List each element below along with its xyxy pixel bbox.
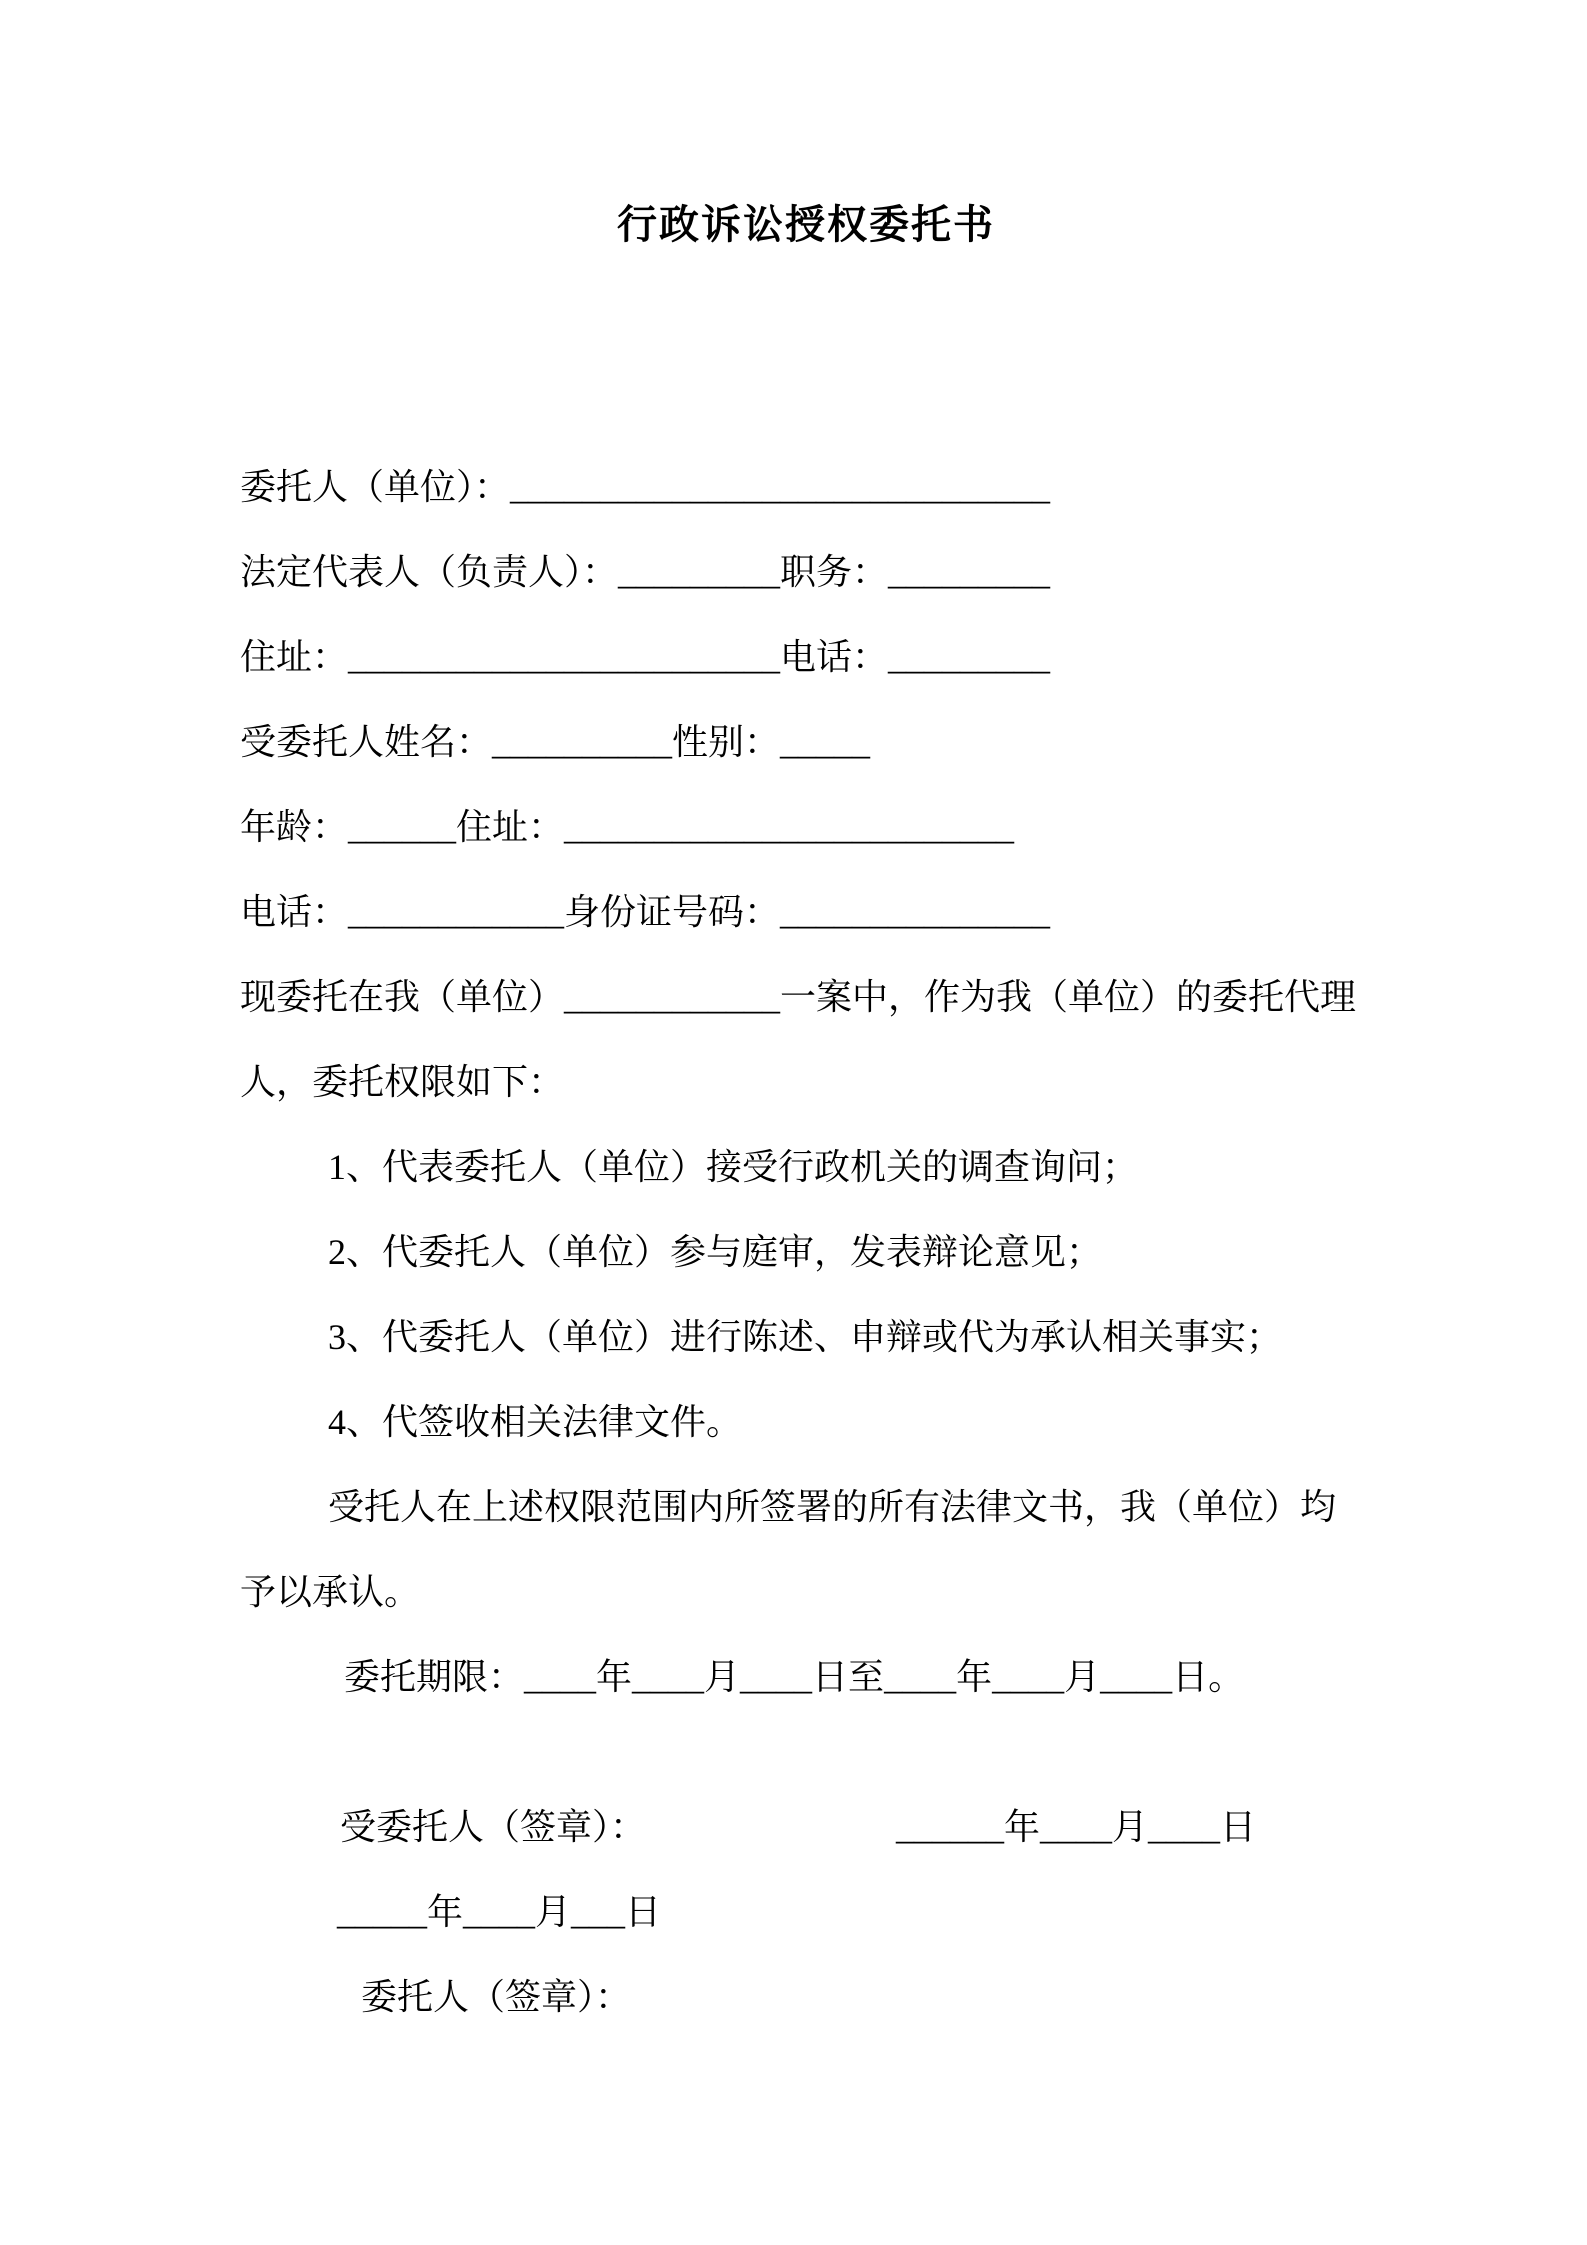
text-segment: 电话： — [240, 892, 348, 932]
text-segment: 受委托人姓名： — [240, 722, 492, 762]
blank-field: ____ — [992, 1657, 1064, 1697]
text-segment: 性别： — [672, 722, 780, 762]
line-spacer — [240, 1720, 1372, 1785]
text-segment: 年 — [427, 1892, 463, 1932]
text-segment: 受委托人（签章）： — [340, 1807, 646, 1847]
blank-field: ___ — [571, 1892, 625, 1932]
line-agent-signature: 受委托人（签章）：______年____月____日 — [240, 1785, 1372, 1870]
blank-field: ______________________________ — [510, 467, 1050, 507]
text-segment: 日。 — [1172, 1657, 1244, 1697]
line-principal: 委托人（单位）：______________________________ — [240, 445, 1372, 530]
blank-field: ____ — [740, 1657, 812, 1697]
text-segment: 委托人（签章）： — [361, 1977, 631, 2017]
text-segment: 日 — [1220, 1807, 1256, 1847]
blank-field: _______________ — [780, 892, 1050, 932]
blank-field: ____ — [524, 1657, 596, 1697]
line-power-1: 1、代表委托人（单位）接受行政机关的调查询问； — [240, 1125, 1372, 1210]
text-segment: 法定代表人（负责人）： — [240, 552, 618, 592]
text-segment: 委托人（单位）： — [240, 467, 510, 507]
text-segment: 一案中，作为我（单位）的委托代理 — [780, 977, 1356, 1017]
text-segment: 委托期限： — [344, 1657, 524, 1697]
text-segment: 受托人在上述权限范围内所签署的所有法律文书，我（单位）均 — [328, 1487, 1336, 1527]
line-power-2: 2、代委托人（单位）参与庭审，发表辩论意见； — [240, 1210, 1372, 1295]
blank-field: ____ — [1148, 1807, 1220, 1847]
blank-field: ____ — [884, 1657, 956, 1697]
spacer — [646, 1838, 896, 1839]
text-segment: 年 — [596, 1657, 632, 1697]
line-principal-signature: 委托人（签章）： — [240, 1955, 1372, 2040]
blank-field: ____ — [1100, 1657, 1172, 1697]
text-segment: 电话： — [780, 637, 888, 677]
line-legal-representative: 法定代表人（负责人）：_________职务：_________ — [240, 530, 1372, 615]
line-age-address: 年龄：______住址：_________________________ — [240, 785, 1372, 870]
text-segment: 现委托在我（单位） — [240, 977, 564, 1017]
line-agent-signature-date: _____年____月___日 — [240, 1870, 1372, 1955]
blank-field: _________ — [888, 552, 1050, 592]
blank-field: ______ — [348, 807, 456, 847]
text-segment: 2、代委托人（单位）参与庭审，发表辩论意见； — [328, 1232, 1102, 1272]
document-title: 行政诉讼授权委托书 — [240, 195, 1372, 255]
text-segment: 年龄： — [240, 807, 348, 847]
text-segment: 1、代表委托人（单位）接受行政机关的调查询问； — [328, 1147, 1138, 1187]
text-segment: 3、代委托人（单位）进行陈述、申辩或代为承认相关事实； — [328, 1317, 1282, 1357]
line-acknowledge-1: 受托人在上述权限范围内所签署的所有法律文书，我（单位）均 — [240, 1465, 1372, 1550]
blank-field: ________________________ — [348, 637, 780, 677]
line-power-3: 3、代委托人（单位）进行陈述、申辩或代为承认相关事实； — [240, 1295, 1372, 1380]
blank-field: ______ — [896, 1807, 1004, 1847]
line-agent-name-gender: 受委托人姓名：__________性别：_____ — [240, 700, 1372, 785]
blank-field: _____ — [780, 722, 870, 762]
text-segment: 职务： — [780, 552, 888, 592]
text-segment: 年 — [956, 1657, 992, 1697]
line-power-4: 4、代签收相关法律文件。 — [240, 1380, 1372, 1465]
text-segment: 日至 — [812, 1657, 884, 1697]
document-body: 委托人（单位）：______________________________法定… — [240, 445, 1372, 2040]
line-acknowledge-2: 予以承认。 — [240, 1550, 1372, 1635]
text-segment: 人，委托权限如下： — [240, 1062, 564, 1102]
line-case-intro-1: 现委托在我（单位）____________一案中，作为我（单位）的委托代理 — [240, 955, 1372, 1040]
blank-field: ____ — [632, 1657, 704, 1697]
text-segment: 月 — [1064, 1657, 1100, 1697]
text-segment: 月 — [535, 1892, 571, 1932]
text-segment: 予以承认。 — [240, 1572, 420, 1612]
text-segment: 住址： — [456, 807, 564, 847]
text-segment: 身份证号码： — [564, 892, 780, 932]
text-segment: 4、代签收相关法律文件。 — [328, 1402, 742, 1442]
blank-field: ____________ — [348, 892, 564, 932]
document-page: 行政诉讼授权委托书 委托人（单位）：______________________… — [0, 0, 1587, 2245]
blank-field: _________________________ — [564, 807, 1014, 847]
line-case-intro-2: 人，委托权限如下： — [240, 1040, 1372, 1125]
text-segment: 月 — [704, 1657, 740, 1697]
blank-field: _____ — [337, 1892, 427, 1932]
blank-field: __________ — [492, 722, 672, 762]
text-segment: 住址： — [240, 637, 348, 677]
text-segment: 日 — [625, 1892, 661, 1932]
blank-field: ____ — [1040, 1807, 1112, 1847]
line-term: 委托期限：____年____月____日至____年____月____日。 — [240, 1635, 1372, 1720]
text-segment: 年 — [1004, 1807, 1040, 1847]
line-phone-id-number: 电话：____________身份证号码：_______________ — [240, 870, 1372, 955]
line-address-phone: 住址：________________________电话：_________ — [240, 615, 1372, 700]
blank-field: ____________ — [564, 977, 780, 1017]
blank-field: _________ — [888, 637, 1050, 677]
blank-field: ____ — [463, 1892, 535, 1932]
blank-field: _________ — [618, 552, 780, 592]
text-segment: 月 — [1112, 1807, 1148, 1847]
